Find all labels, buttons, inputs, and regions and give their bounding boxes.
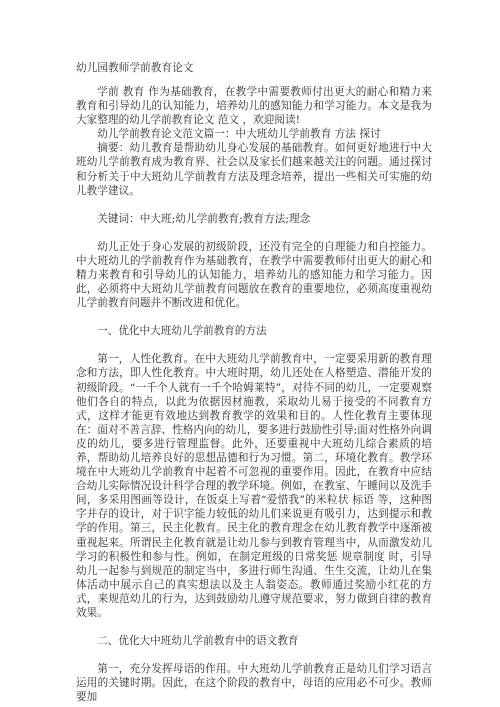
spacer: [76, 198, 432, 212]
section-heading: 一、优化中大班幼儿学前教育的方法: [76, 324, 432, 338]
spacer: [76, 648, 432, 662]
section-heading: 二、优化大中班幼儿学前教育中的语文教育: [76, 634, 432, 648]
article-heading: 幼儿学前教育论文范文篇一：中大班幼儿学前教育 方法 探讨: [76, 127, 432, 141]
section-body: 第一，人性化教育。在中大班幼儿学前教育中，一定要采用新的教育理念和方法，即人性化…: [76, 352, 432, 620]
intro-paragraph: 学前 教育 作为基础教育，在教学中需要教师付出更大的耐心和精力来教育和引导幼儿的…: [76, 85, 432, 127]
spacer: [76, 620, 432, 634]
document-title: 幼儿园教师学前教育论文: [76, 61, 432, 75]
document-page: 幼儿园教师学前教育论文 学前 教育 作为基础教育，在教学中需要教师付出更大的耐心…: [76, 61, 432, 704]
spacer: [76, 310, 432, 324]
spacer: [76, 338, 432, 352]
section-body: 第一，充分发挥母语的作用。中大班幼儿学前教育正是幼儿们学习语言运用的关键时期。因…: [76, 662, 432, 704]
abstract-paragraph: 摘要：幼儿教育是帮助幼儿身心发展的基础教育。如何更好地进行中大班幼儿学前教育成为…: [76, 141, 432, 197]
body-paragraph: 幼儿正处于身心发展的初级阶段，还没有完全的自理能力和自控能力。中大班幼儿的学前教…: [76, 240, 432, 310]
spacer: [76, 226, 432, 240]
keywords-line: 关键词：中大班;幼儿学前教育;教育方法;理念: [76, 212, 432, 226]
